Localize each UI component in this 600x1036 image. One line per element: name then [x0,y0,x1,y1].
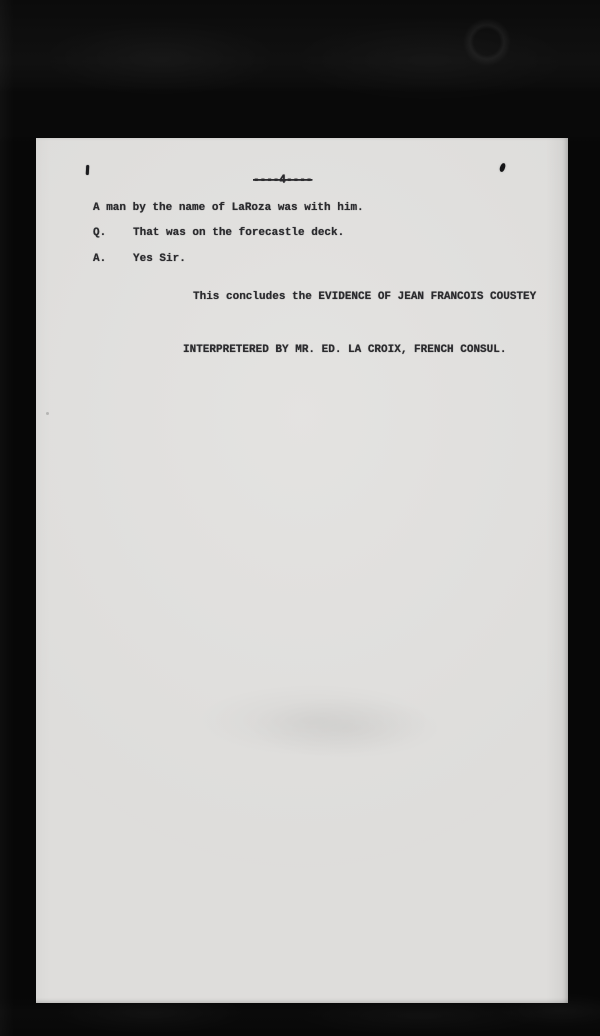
typed-line-statement: A man by the name of LaRoza was with him… [93,202,364,215]
typed-line-answer: A. Yes Sir. [36,253,568,266]
answer-label: A. [93,253,106,266]
ink-speck-left [86,165,90,175]
question-text: That was on the forecastle deck. [133,227,344,240]
document-page: ----4---- A man by the name of LaRoza wa… [36,138,568,1003]
ink-speck-right [499,163,506,173]
paper-smudge [194,683,434,758]
question-label: Q. [93,227,106,240]
typed-line-interpreter: INTERPRETERED BY MR. ED. LA CROIX, FRENC… [183,344,506,357]
typed-line-closing: This concludes the EVIDENCE OF JEAN FRAN… [193,291,536,304]
answer-text: Yes Sir. [133,253,186,266]
scanned-document-photo: ----4---- A man by the name of LaRoza wa… [0,0,600,1036]
page-number: ----4---- [253,174,312,187]
typed-line-question: Q. That was on the forecastle deck. [36,227,568,240]
dust-speck [46,412,49,415]
